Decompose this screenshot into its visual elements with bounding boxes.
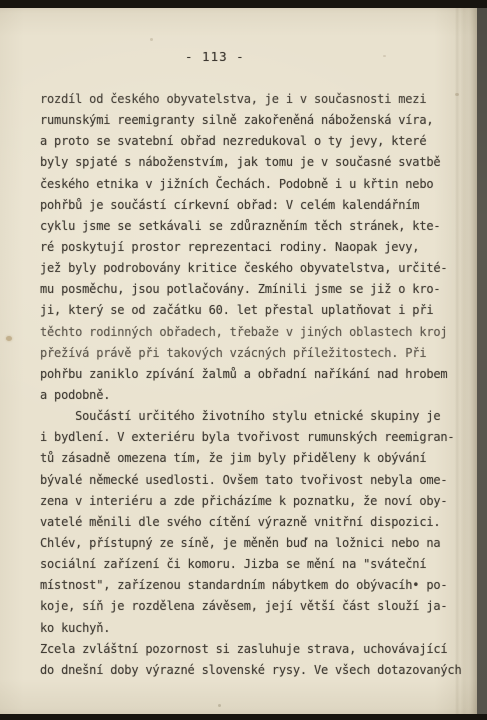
typewritten-text-block: rozdíl od českého obyvatelstva, je i v s… [40,89,468,681]
text-line: do dnešní doby výrazné slovenské rysy. V… [40,660,468,681]
text-line: přežívá právě při takových vzácných příl… [40,343,468,364]
text-line: místnost", zařízenou standardním nábytke… [40,575,468,596]
scanned-document-page: - 113 - rozdíl od českého obyvatelstva, … [0,0,487,720]
text-line: zena v interiéru a zde přicházíme k pozn… [40,491,468,512]
text-line: a podobně. [40,385,468,406]
paper-sheet: - 113 - rozdíl od českého obyvatelstva, … [0,8,477,714]
text-line: těchto rodinných obřadech, třebaže v jin… [40,322,468,343]
text-line: sociální zařízení či komoru. Jizba se mě… [40,554,468,575]
page-number: - 113 - [185,49,245,64]
text-line: českého etnika v jižních Čechách. Podobn… [40,174,468,195]
text-line: ji, který se od začátku 60. let přestal … [40,300,468,321]
text-line: Součástí určitého životního stylu etnick… [40,406,468,427]
paper-stain [150,38,153,41]
paper-stain [6,336,12,341]
scan-border-bottom [0,714,487,720]
text-line: jež byly podrobovány kritice českého oby… [40,258,468,279]
text-line: tů zásadně omezena tím, že jim byly přid… [40,448,468,469]
text-line: ko kuchyň. [40,618,468,639]
text-line: cyklu jsme se setkávali se zdůrazněním t… [40,216,468,237]
text-line: a proto se svatební obřad nezredukoval o… [40,131,468,152]
paper-stain [218,704,221,707]
paper-stain [383,55,386,57]
text-line: byly spjaté s náboženstvím, jak tomu je … [40,152,468,173]
text-line: Zcela zvláštní pozornost si zasluhuje st… [40,639,468,660]
scan-border-top [0,0,487,8]
text-line: vatelé měnili dle svého cítění výrazně v… [40,512,468,533]
text-line: Chlév, přístupný ze síně, je měněn buď n… [40,533,468,554]
text-line: koje, síň je rozdělena závěsem, její vět… [40,596,468,617]
text-line: ré poskytují prostor reprezentaci rodiny… [40,237,468,258]
scan-border-right [477,8,487,714]
text-line: pohřbů je součástí církevní obřad: V cel… [40,195,468,216]
text-line: rumunskými reemigranty silně zakořeněná … [40,110,468,131]
text-line: i bydlení. V exteriéru byla tvořivost ru… [40,427,468,448]
text-line: bývalé německé usedlosti. Ovšem tato tvo… [40,470,468,491]
text-line: rozdíl od českého obyvatelstva, je i v s… [40,89,468,110]
text-line: pohřbu zaniklo zpívání žalmů a obřadní n… [40,364,468,385]
text-line: mu posměchu, jsou potlačovány. Zmínili j… [40,279,468,300]
